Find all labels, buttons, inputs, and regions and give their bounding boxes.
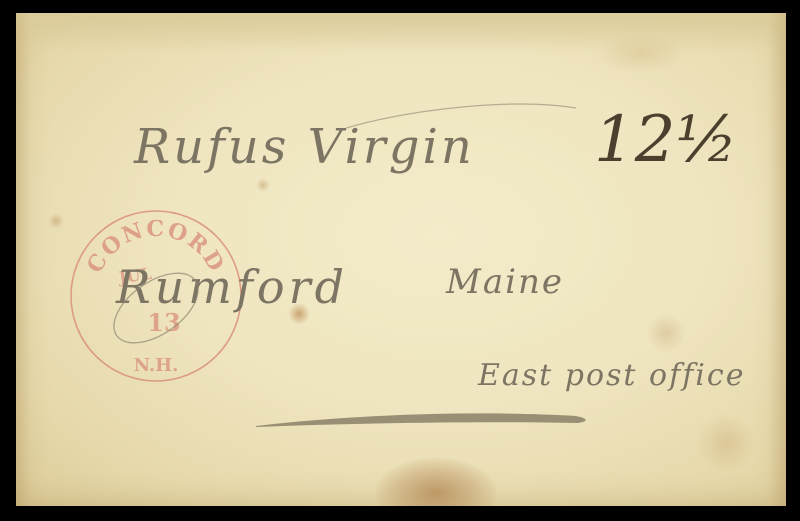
addressee-state: Maine <box>445 262 564 302</box>
postmark-state: N.H. <box>134 355 179 376</box>
ink-layer: CONCORD JUL 13 N.H. Rufus Virgin Rumford… <box>16 13 786 506</box>
letter-cover: CONCORD JUL 13 N.H. Rufus Virgin Rumford… <box>16 13 786 506</box>
post-office-note: East post office <box>477 358 745 393</box>
underline-stroke <box>256 413 586 427</box>
postage-rate: 12½ <box>594 103 737 177</box>
addressee-name: Rufus Virgin <box>133 119 475 175</box>
addressee-town: Rumford <box>115 260 348 314</box>
